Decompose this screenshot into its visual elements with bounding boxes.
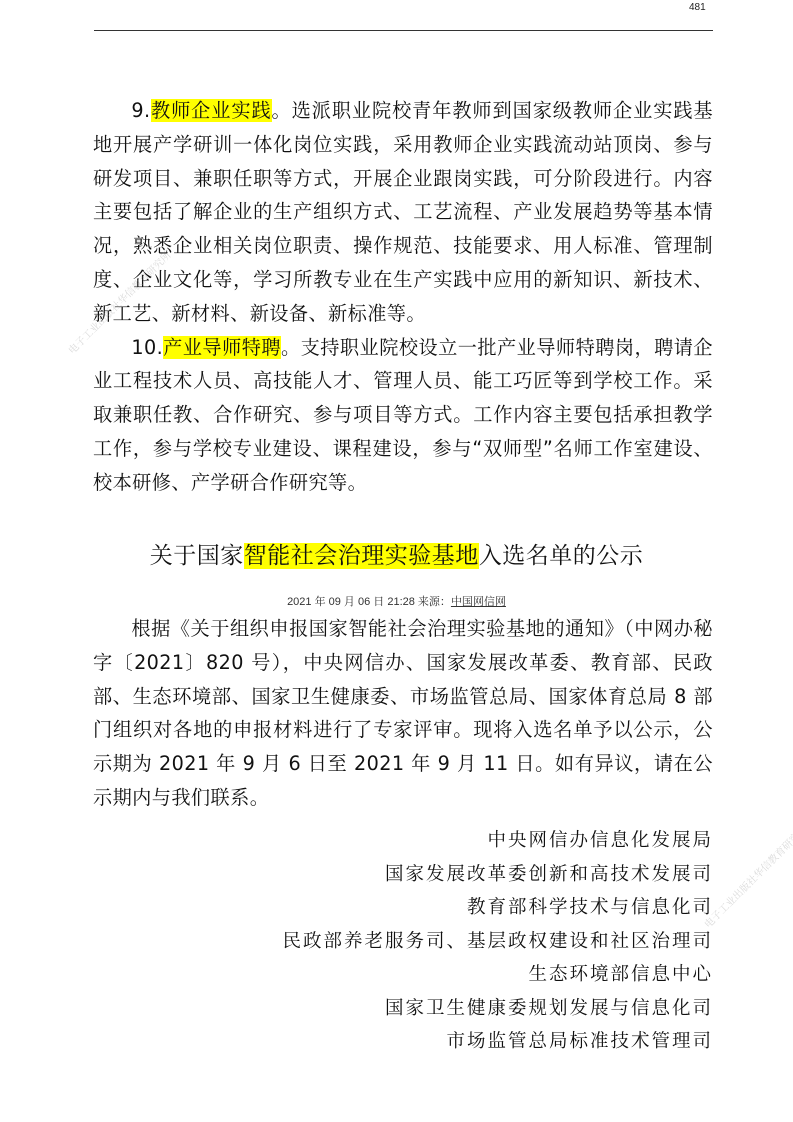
section-text: 9.教师企业实践。选派职业院校青年教师到国家级教师企业实践基地开展产学研训一体化… — [93, 94, 713, 500]
signature-line: 国家卫生健康委规划发展与信息化司 — [282, 992, 713, 1026]
item-industry-mentor: 10.产业导师特聘。支持职业院校设立一批产业导师特聘岗，聘请企业工程技术人员、高… — [93, 331, 713, 500]
item-body: 。支持职业院校设立一批产业导师特聘岗，聘请企业工程技术人员、高技能人才、管理人员… — [93, 336, 713, 494]
watermark: 电子工业出版社华信教育研究所 — [700, 821, 793, 931]
highlighted-keyword: 智能社会治理实验基地 — [244, 543, 479, 569]
article-title: 关于国家智能社会治理实验基地入选名单的公示 — [0, 537, 793, 570]
item-number: 10. — [131, 336, 163, 359]
title-part: 入选名单的公示 — [479, 543, 644, 569]
signature-list: 中央网信办信息化发展局 国家发展改革委创新和高技术发展司 教育部科学技术与信息化… — [282, 824, 713, 1059]
highlighted-keyword: 产业导师特聘 — [163, 336, 281, 359]
notice-text: 根据《关于组织申报国家智能社会治理实验基地的通知》（中网办秘字〔2021〕820… — [93, 612, 713, 815]
signature-line: 民政部养老服务司、基层政权建设和社区治理司 — [282, 925, 713, 959]
notice-paragraph: 根据《关于组织申报国家智能社会治理实验基地的通知》（中网办秘字〔2021〕820… — [93, 612, 713, 815]
article-byline: 2021 年 09 月 06 日 21:28 来源：中国网信网 — [0, 593, 793, 609]
page-number: 481 — [689, 2, 706, 13]
signature-line: 中央网信办信息化发展局 — [282, 824, 713, 858]
item-number: 9. — [131, 99, 150, 122]
signature-line: 市场监管总局标准技术管理司 — [282, 1025, 713, 1059]
byline-date: 2021 年 09 月 06 日 21:28 来源： — [287, 596, 451, 608]
highlighted-keyword: 教师企业实践 — [151, 99, 272, 122]
signature-line: 生态环境部信息中心 — [282, 958, 713, 992]
header-rule — [94, 30, 713, 31]
signature-line: 教育部科学技术与信息化司 — [282, 891, 713, 925]
item-body: 。选派职业院校青年教师到国家级教师企业实践基地开展产学研训一体化岗位实践，采用教… — [93, 99, 713, 325]
title-part: 关于国家 — [150, 543, 244, 569]
byline-source-link[interactable]: 中国网信网 — [451, 595, 506, 608]
item-teacher-practice: 9.教师企业实践。选派职业院校青年教师到国家级教师企业实践基地开展产学研训一体化… — [93, 94, 713, 331]
signature-line: 国家发展改革委创新和高技术发展司 — [282, 858, 713, 892]
